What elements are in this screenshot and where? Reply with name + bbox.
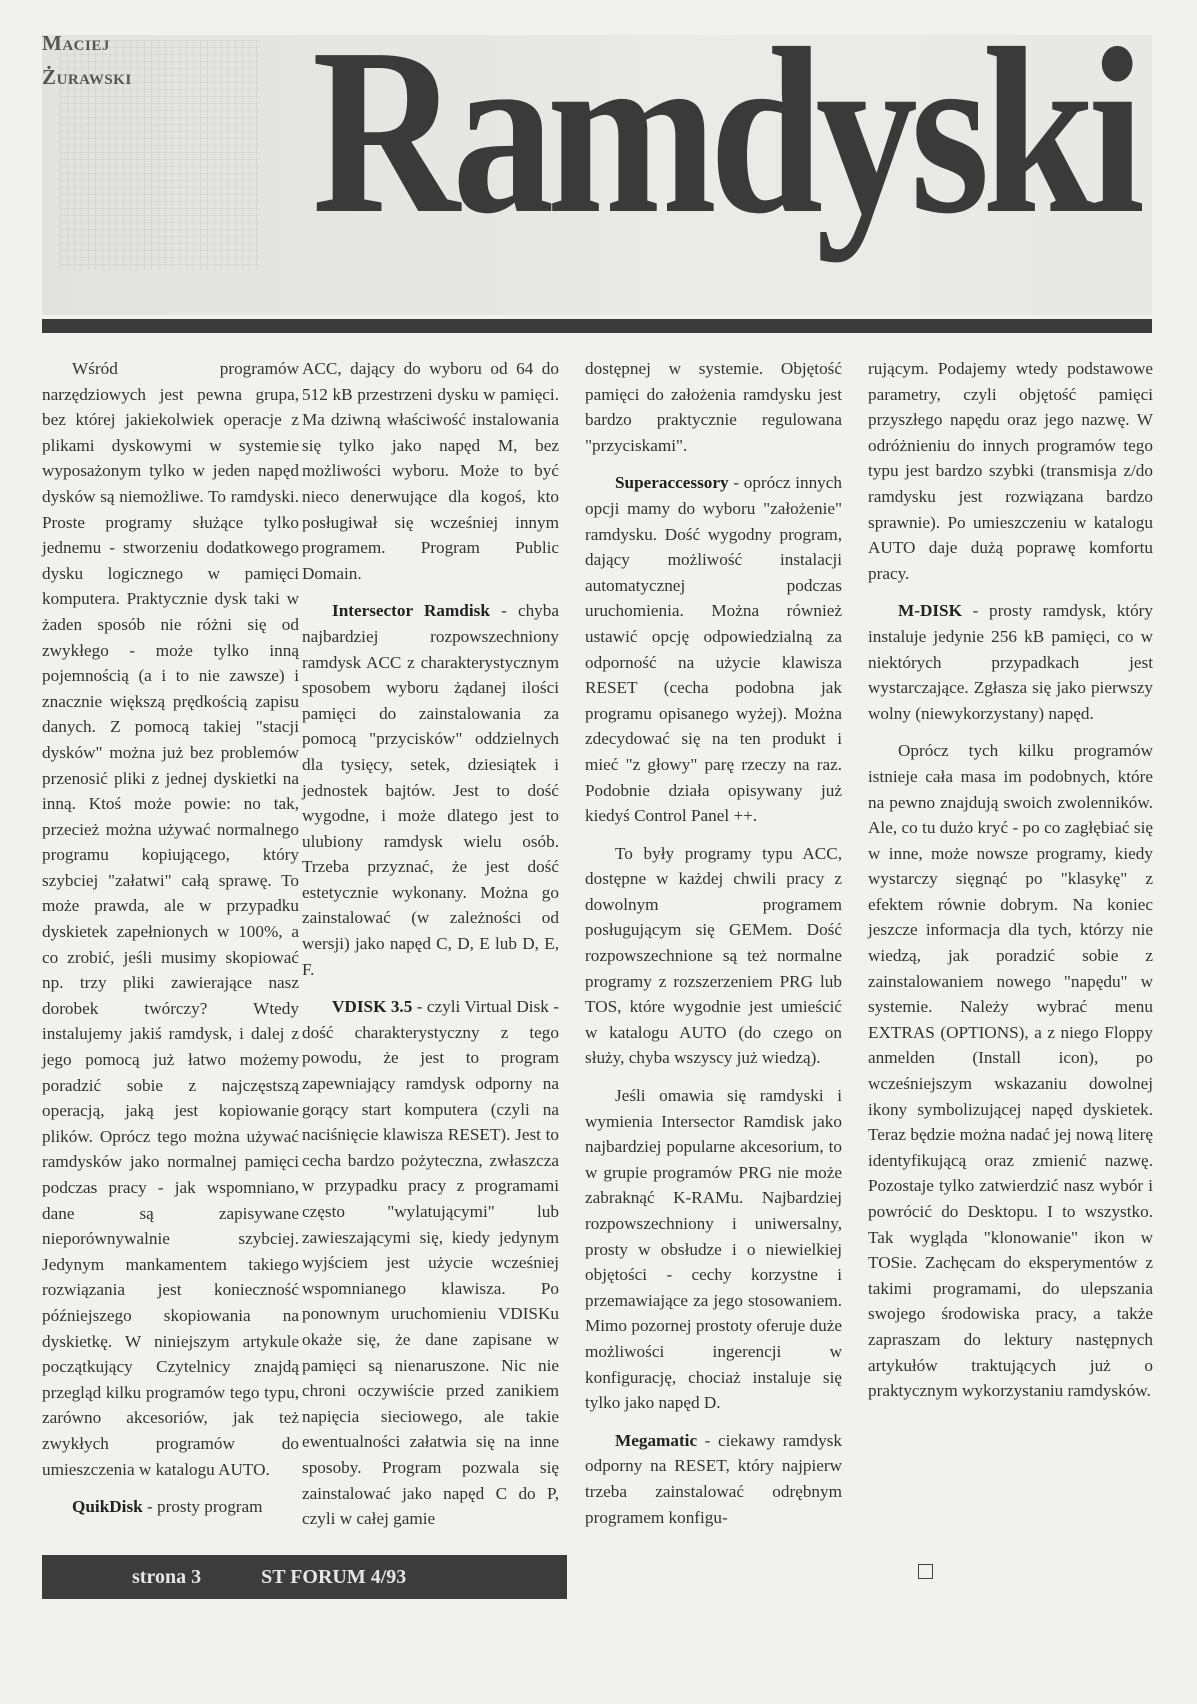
program-name: M-DISK xyxy=(898,601,962,620)
column-3: dostępnej w systemie. Objętość pamięci d… xyxy=(585,356,842,1530)
paragraph-text: Oprócz tych kilku programów istnieje cał… xyxy=(868,741,1153,1400)
paragraph: Megamatic - ciekawy ramdysk odporny na R… xyxy=(585,1428,842,1530)
author-byline: Maciej Żurawski xyxy=(42,26,132,94)
paragraph: Wśród programów narzędziowych jest pewna… xyxy=(42,356,299,1482)
paragraph: M-DISK - prosty ramdysk, który instaluje… xyxy=(868,598,1153,726)
program-name: Intersector Ramdisk xyxy=(332,601,490,620)
end-of-article-square-icon xyxy=(918,1564,933,1579)
author-first-name: Maciej xyxy=(42,26,132,60)
paragraph-text: Wśród programów narzędziowych jest pewna… xyxy=(42,359,299,1479)
paragraph-text: - prosty program xyxy=(143,1497,263,1516)
article-title: Ramdyski xyxy=(312,12,1137,252)
paragraph: dostępnej w systemie. Objętość pamięci d… xyxy=(585,356,842,458)
column-2: ACC, dający do wyboru od 64 do 512 kB pr… xyxy=(302,356,559,1532)
paragraph-text: dostępnej w systemie. Objętość pamięci d… xyxy=(585,359,842,455)
paragraph: Intersector Ramdisk - chyba najbardziej … xyxy=(302,598,559,982)
page-footer-bar: strona 3 ST FORUM 4/93 xyxy=(42,1555,567,1599)
program-name: QuikDisk xyxy=(72,1497,143,1516)
header-rule xyxy=(42,319,1152,333)
paragraph: Superaccessory - oprócz innych opcji mam… xyxy=(585,470,842,828)
paragraph-text: To były programy typu ACC, dostępne w ka… xyxy=(585,844,842,1068)
paragraph: Oprócz tych kilku programów istnieje cał… xyxy=(868,738,1153,1403)
paragraph-text: ACC, dający do wyboru od 64 do 512 kB pr… xyxy=(302,359,559,583)
column-4: rującym. Podajemy wtedy podstawowe param… xyxy=(868,356,1153,1404)
column-1: Wśród programów narzędziowych jest pewna… xyxy=(42,356,299,1520)
magazine-issue: ST FORUM 4/93 xyxy=(261,1566,406,1589)
paragraph-text: - czyli Virtual Disk - dość charakteryst… xyxy=(302,997,559,1528)
program-name: Megamatic xyxy=(615,1431,697,1450)
paragraph-text: rującym. Podajemy wtedy podstawowe param… xyxy=(868,359,1153,583)
program-name: Superaccessory xyxy=(615,473,729,492)
paragraph: ACC, dający do wyboru od 64 do 512 kB pr… xyxy=(302,356,559,586)
author-last-name: Żurawski xyxy=(42,60,132,94)
paragraph: QuikDisk - prosty program xyxy=(42,1494,299,1520)
program-name: VDISK 3.5 xyxy=(332,997,412,1016)
paragraph-text: - oprócz innych opcji mamy do wyboru "za… xyxy=(585,473,842,825)
page-number: strona 3 xyxy=(132,1566,201,1589)
paragraph: VDISK 3.5 - czyli Virtual Disk - dość ch… xyxy=(302,994,559,1531)
paragraph: Jeśli omawia się ramdyski i wymienia Int… xyxy=(585,1083,842,1416)
paragraph: To były programy typu ACC, dostępne w ka… xyxy=(585,841,842,1071)
paragraph-text: Jeśli omawia się ramdyski i wymienia Int… xyxy=(585,1086,842,1412)
paragraph: rującym. Podajemy wtedy podstawowe param… xyxy=(868,356,1153,586)
paragraph-text: - chyba najbardziej rozpowszechniony ram… xyxy=(302,601,559,978)
